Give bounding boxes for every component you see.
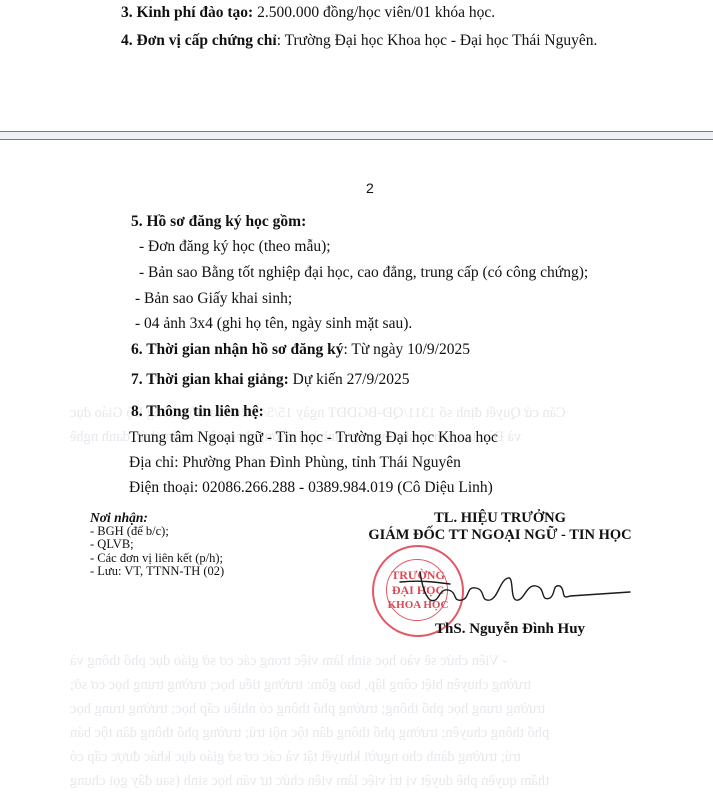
recipients-block: Nơi nhận: - BGH (để b/c); - QLVB; - Các … <box>90 511 224 579</box>
bleed-through-text: phổ thông chuyên; trường phổ thông dân t… <box>70 722 549 745</box>
bleed-through-text: thẩm quyền phê duyệt vị trí việc làm viê… <box>70 770 549 793</box>
certifier-value: : Trường Đại học Khoa học - Đại học Thái… <box>277 32 598 49</box>
signer-name: ThS. Nguyễn Đình Huy <box>435 621 585 638</box>
bleed-through-text: trường chuyên biệt công lập, bao gồm: tr… <box>70 674 531 697</box>
certifier-line: 4. Đơn vị cấp chứng chỉ: Trường Đại học … <box>121 31 597 51</box>
section5-heading: 5. Hồ sơ đăng ký học gồm: <box>131 212 306 232</box>
section6-line: 6. Thời gian nhận hồ sơ đăng ký: Từ ngày… <box>131 340 470 360</box>
document-list-item: - Đơn đăng ký học (theo mẫu); <box>139 237 331 257</box>
signature-title-2: GIÁM ĐỐC TT NGOẠI NGỮ - TIN HỌC <box>330 527 670 544</box>
section7-line: 7. Thời gian khai giảng: Dự kiến 27/9/20… <box>131 370 410 390</box>
section7-label: 7. Thời gian khai giảng: <box>131 371 289 388</box>
bleed-through-text: - Viên chức sẽ vào học sinh làm việc tro… <box>70 650 507 673</box>
document-list-item: - 04 ảnh 3x4 (ghi họ tên, ngày sinh mặt … <box>135 314 412 334</box>
signature-block: TL. HIỆU TRƯỞNG GIÁM ĐỐC TT NGOẠI NGỮ - … <box>330 510 670 544</box>
recipient-item: - Lưu: VT, TTNN-TH (02) <box>90 565 224 579</box>
section7-value: Dự kiến 27/9/2025 <box>289 371 410 388</box>
bleed-through-text: trường trung học phổ thông; trường phổ t… <box>70 698 545 721</box>
bleed-through-text: trú; trường dành cho người khuyết tật và… <box>70 746 521 769</box>
contact-center: Trung tâm Ngoại ngữ - Tin học - Trường Đ… <box>129 428 498 448</box>
section8-heading: 8. Thông tin liên hệ: <box>131 402 264 422</box>
page-separator <box>0 131 713 140</box>
handwritten-signature <box>390 570 640 610</box>
recipients-title: Nơi nhận: <box>90 511 224 525</box>
recipient-item: - Các đơn vị liên kết (p/h); <box>90 552 224 566</box>
contact-phone: Điện thoại: 02086.266.288 - 0389.984.019… <box>129 478 493 498</box>
funding-value: 2.500.000 đồng/học viên/01 khóa học. <box>253 4 495 21</box>
funding-label: 3. Kinh phí đào tạo: <box>121 4 253 21</box>
document-list-item: - Bản sao Giấy khai sinh; <box>135 289 292 309</box>
contact-address: Địa chỉ: Phường Phan Đình Phùng, tỉnh Th… <box>129 453 461 473</box>
recipient-item: - BGH (để b/c); <box>90 525 224 539</box>
section6-value: : Từ ngày 10/9/2025 <box>343 341 470 358</box>
recipient-item: - QLVB; <box>90 538 224 552</box>
signature-title-1: TL. HIỆU TRƯỞNG <box>330 510 670 527</box>
section6-label: 6. Thời gian nhận hồ sơ đăng ký <box>131 341 343 358</box>
document-list-item: - Bản sao Bằng tốt nghiệp đại học, cao đ… <box>139 263 588 283</box>
funding-line: 3. Kinh phí đào tạo: 2.500.000 đồng/học … <box>121 3 495 23</box>
page-number: 2 <box>366 180 374 196</box>
certifier-label: 4. Đơn vị cấp chứng chỉ <box>121 32 277 49</box>
